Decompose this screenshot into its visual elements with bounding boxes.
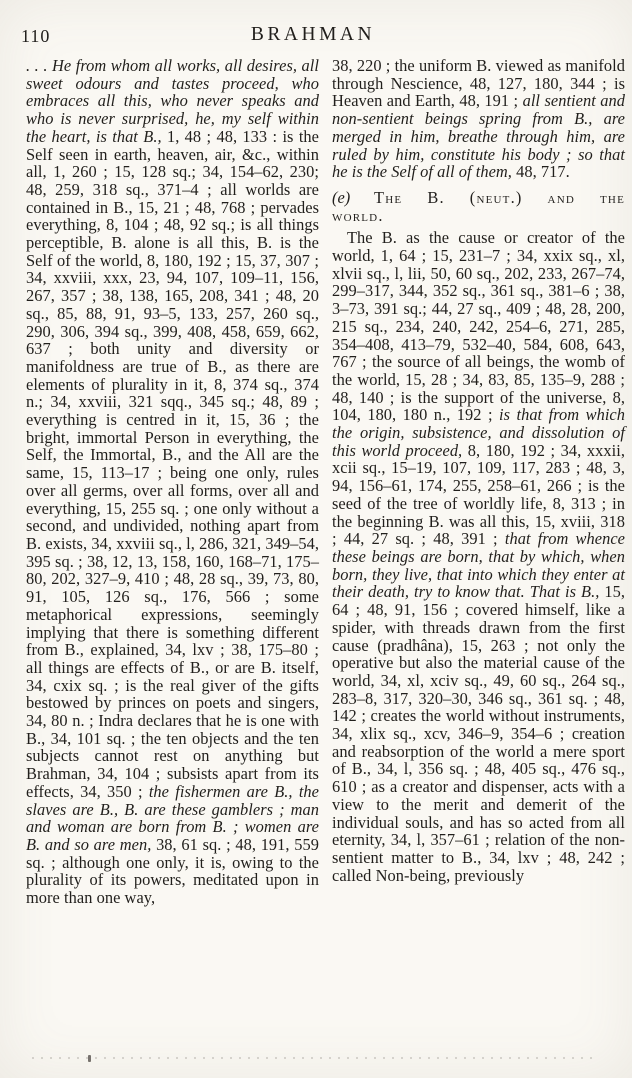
- section-heading-line1: (e) The B. (neut.) and the: [332, 189, 625, 207]
- text-segment-roman: 1, 48 ; 48, 133 : is the Self seen in ea…: [26, 127, 319, 801]
- running-title: BRAHMAN: [0, 24, 626, 46]
- text-segment-roman: The B. as the cause or creator of the wo…: [332, 228, 625, 424]
- right-column: 38, 220 ; the uniform B. viewed as manif…: [332, 57, 625, 907]
- index-paragraph: . . . He from whom all works, all desire…: [26, 57, 319, 907]
- text-block: . . . He from whom all works, all desire…: [26, 57, 626, 907]
- page-header: 110 BRAHMAN: [0, 24, 632, 50]
- text-segment-roman: 48, 717.: [516, 162, 570, 181]
- index-paragraph: 38, 220 ; the uniform B. viewed as manif…: [332, 57, 625, 181]
- left-column: . . . He from whom all works, all desire…: [26, 57, 319, 907]
- section-heading-text: The B. (neut.) and the: [374, 188, 625, 207]
- section-heading: (e) The B. (neut.) and theworld.: [332, 189, 625, 224]
- text-segment-roman: 15, 64 ; 48, 91, 156 ; covered himself, …: [332, 582, 625, 884]
- index-paragraph: The B. as the cause or creator of the wo…: [332, 229, 625, 884]
- scan-speck: [88, 1055, 91, 1062]
- scan-artifact-line: [32, 1057, 592, 1059]
- section-heading-line2: world.: [332, 207, 625, 225]
- section-letter: (e): [332, 188, 374, 207]
- scanned-page: 110 BRAHMAN . . . He from whom all works…: [0, 0, 632, 1078]
